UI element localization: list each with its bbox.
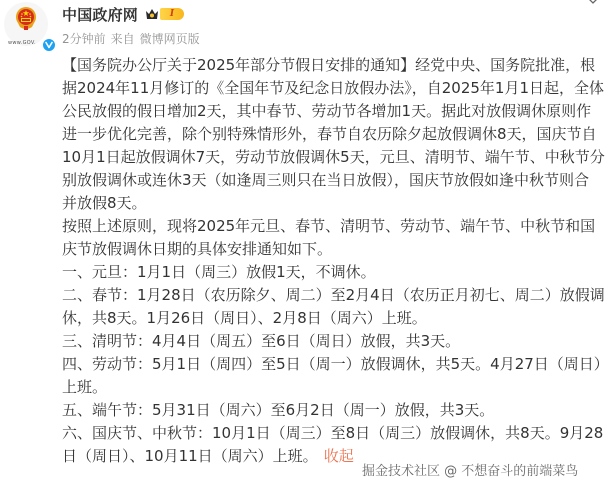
post-time[interactable]: 2分钟前: [62, 30, 106, 47]
national-emblem-icon: [14, 6, 38, 32]
watermark: 掘金技术社区 @ 不想奋斗的前端菜鸟: [362, 460, 578, 479]
content-line: 10月1日起放假调休7天，劳动节放假调休5天，元旦、清明节、端午节、中秋节分: [62, 146, 610, 169]
content-line: 休，共8天。1月26日（周日）、2月8日（周六）上班。: [62, 307, 610, 330]
source-prefix: 来自: [111, 30, 135, 47]
content-last-text: 日（周日）、10月11日（周六）上班。: [62, 447, 318, 465]
weibo-post: www.GOV. 中国政府网 I 2分钟前 来自 微博网页版: [0, 0, 615, 488]
content-line: 别放假调休或连休3天（如逢周三则只在当日放假），国庆节放假如逢中秋节则合: [62, 169, 610, 192]
chevron-down-icon[interactable]: [587, 0, 599, 6]
content-line: 公民放假的假日增加2天，其中春节、劳动节各增加1天。据此对放假调休原则作: [62, 100, 610, 123]
avatar[interactable]: www.GOV.: [4, 2, 48, 46]
avatar-caption: www.GOV.: [8, 40, 36, 46]
content-line: 据2024年11月修订的《全国年节及纪念日放假办法》，自2025年1月1日起，全…: [62, 77, 610, 100]
vip-level-badge[interactable]: I: [145, 8, 184, 20]
content-line: 【国务院办公厅关于2025年部分节假日安排的通知】经党中央、国务院批准，根: [62, 54, 610, 77]
crown-icon: [145, 8, 159, 20]
content-line: 二、春节：1月28日（农历除夕、周二）至2月4日（农历正月初七、周二）放假调: [62, 284, 610, 307]
post-meta: 2分钟前 来自 微博网页版: [62, 30, 200, 47]
content-line: 四、劳动节：5月1日（周四）至5日（周一）放假调休，共5天。4月27日（周日）: [62, 353, 610, 376]
content-line: 庆节放假调休日期的具体安排通知如下。: [62, 238, 610, 261]
content-line: 按照上述原则，现将2025年元旦、春节、清明节、劳动节、端午节、中秋节和国: [62, 215, 610, 238]
post-source[interactable]: 微博网页版: [140, 30, 200, 47]
content-line: 进一步优化完善，除个别特殊情形外，春节自农历除夕起放假调休8天，国庆节自: [62, 123, 610, 146]
account-name[interactable]: 中国政府网: [62, 4, 138, 25]
content-line: 六、国庆节、中秋节：10月1日（周三）至8日（周三）放假调休，共8天。9月28: [62, 422, 610, 445]
verified-badge-icon: [42, 38, 56, 52]
content-line: 五、端午节：5月31日（周六）至6月2日（周一）放假，共3天。: [62, 399, 610, 422]
collapse-link[interactable]: 收起: [324, 447, 354, 465]
content-line: 并放假8天。: [62, 192, 610, 215]
content-line: 一、元旦：1月1日（周三）放假1天，不调休。: [62, 261, 610, 284]
post-header: 中国政府网 I 2分钟前 来自 微博网页版: [62, 4, 200, 47]
content-line: 上班。: [62, 376, 610, 399]
level-label: I: [160, 8, 184, 20]
content-line: 三、清明节：4月4日（周五）至6日（周日）放假，共3天。: [62, 330, 610, 353]
post-content: 【国务院办公厅关于2025年部分节假日安排的通知】经党中央、国务院批准，根 据2…: [62, 54, 610, 468]
